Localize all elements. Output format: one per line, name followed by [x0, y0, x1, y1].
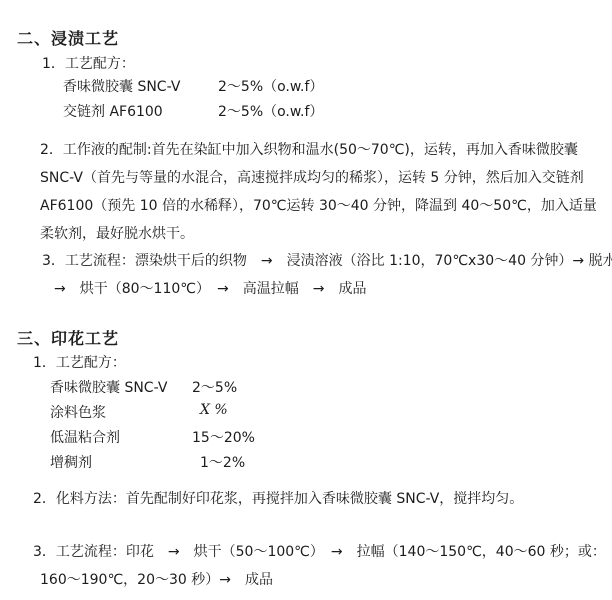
ingredient-name: 香味微胶囊 SNC-V — [50, 377, 192, 397]
ingredient-value: X % — [192, 402, 228, 422]
dip-process-flow-line2: → 烘干（80～110℃） → 高温拉幅 → 成品 — [54, 278, 366, 298]
document-page: 二、浸渍工艺 1．工艺配方： 香味微胶囊 SNC-V 2～5%（o.w.f） 交… — [0, 0, 612, 600]
print-recipe-row: 香味微胶囊 SNC-V 2～5% — [50, 377, 237, 397]
print-process-flow-line1: 3．工艺流程：印花 → 烘干（50～100℃） → 拉幅（140～150℃，40… — [33, 541, 606, 561]
ingredient-name: 增稠剂 — [50, 452, 192, 472]
ingredient-value: 15～20% — [192, 427, 255, 447]
print-section-heading: 三、印花工艺 — [17, 326, 119, 349]
dip-preparation-paragraph: 2．工作液的配制:首先在染缸中加入织物和温水(50～70℃)，运转，再加入香味微… — [40, 136, 598, 248]
dip-section-heading: 二、浸渍工艺 — [17, 26, 119, 49]
print-mixing-paragraph: 2．化料方法：首先配制好印花浆，再搅拌加入香味微胶囊 SNC-V，搅拌均匀。 — [33, 488, 523, 508]
dip-process-flow-line1: 3．工艺流程：漂染烘干后的织物 → 浸渍溶液（浴比 1:10，70℃x30～40… — [42, 250, 612, 270]
ingredient-value: 2～5%（o.w.f） — [218, 76, 323, 96]
ingredient-value: 1～2% — [192, 452, 245, 472]
ingredient-name: 交链剂 AF6100 — [63, 101, 218, 121]
ingredient-name: 低温粘合剂 — [50, 427, 192, 447]
dip-recipe-row: 香味微胶囊 SNC-V 2～5%（o.w.f） — [63, 76, 323, 96]
ingredient-name: 香味微胶囊 SNC-V — [63, 76, 218, 96]
print-recipe-row: 低温粘合剂 15～20% — [50, 427, 255, 447]
ingredient-name: 涂料色浆 — [50, 402, 192, 422]
print-recipe-label: 1．工艺配方： — [33, 352, 126, 372]
print-process-flow-line2: 160～190℃，20～30 秒）→ 成品 — [40, 569, 273, 589]
dip-recipe-row: 交链剂 AF6100 2～5%（o.w.f） — [63, 101, 323, 121]
ingredient-value: 2～5%（o.w.f） — [218, 101, 323, 121]
dip-recipe-label: 1．工艺配方： — [42, 53, 135, 73]
print-recipe-row: 涂料色浆 X % — [50, 402, 228, 422]
print-recipe-row: 增稠剂 1～2% — [50, 452, 245, 472]
ingredient-value: 2～5% — [192, 377, 237, 397]
